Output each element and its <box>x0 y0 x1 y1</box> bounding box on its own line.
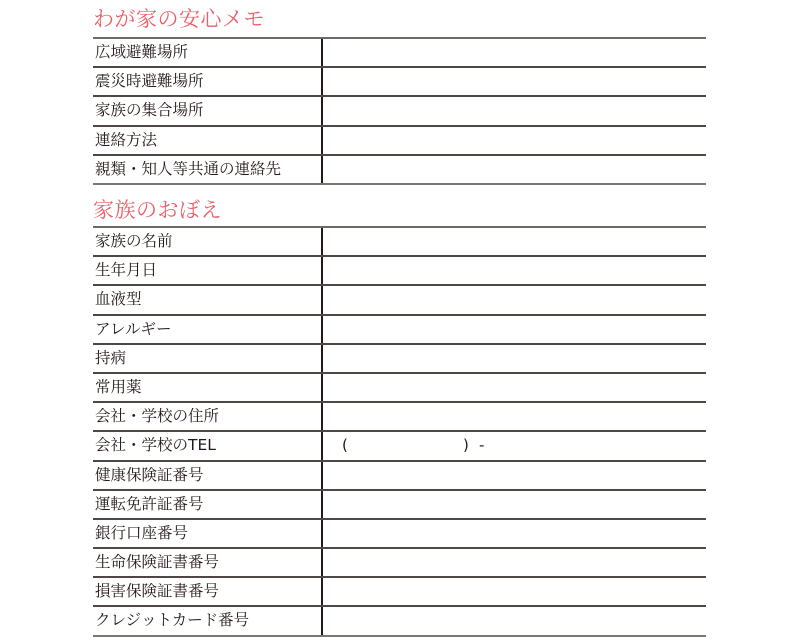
table-row: 健康保険証番号 <box>93 462 706 491</box>
row-label: 生命保険証書番号 <box>93 549 323 576</box>
table-row: 運転免許証番号 <box>93 491 706 520</box>
table-row: 親類・知人等共通の連絡先 <box>93 156 706 185</box>
table-row: アレルギー <box>93 316 706 345</box>
tel-dash: - <box>479 432 484 459</box>
row-label: 震災時避難場所 <box>93 68 323 95</box>
row-label: 広域避難場所 <box>93 39 323 66</box>
table-row: 持病 <box>93 345 706 374</box>
allergy-field[interactable] <box>323 316 706 343</box>
birthdate-field[interactable] <box>323 257 706 284</box>
table-row: 血液型 <box>93 286 706 315</box>
row-label: 健康保険証番号 <box>93 462 323 489</box>
row-label: 親類・知人等共通の連絡先 <box>93 156 323 183</box>
table-row: 常用薬 <box>93 374 706 403</box>
table-row: 損害保険証書番号 <box>93 578 706 607</box>
row-label: 生年月日 <box>93 257 323 284</box>
tel-open-paren: ( <box>342 432 348 459</box>
regular-medication-field[interactable] <box>323 374 706 401</box>
table-row: 震災時避難場所 <box>93 68 706 97</box>
earthquake-shelter-field[interactable] <box>323 68 706 95</box>
family-section-title: 家族のおぼえ <box>93 197 222 223</box>
memo-section-title: わが家の安心メモ <box>93 6 265 32</box>
shared-contact-field[interactable] <box>323 156 706 183</box>
table-row: 会社・学校のTEL ( ) - <box>93 432 706 461</box>
evacuation-area-field[interactable] <box>323 39 706 66</box>
damage-insurance-number-field[interactable] <box>323 578 706 605</box>
row-label: 損害保険証書番号 <box>93 578 323 605</box>
table-row: 生命保険証書番号 <box>93 549 706 578</box>
drivers-license-number-field[interactable] <box>323 491 706 518</box>
table-row: 会社・学校の住所 <box>93 403 706 432</box>
table-row: 生年月日 <box>93 257 706 286</box>
row-label: 血液型 <box>93 286 323 313</box>
table-row: 家族の名前 <box>93 228 706 257</box>
table-row: 連絡方法 <box>93 127 706 156</box>
row-label: 会社・学校の住所 <box>93 403 323 430</box>
row-label: 家族の名前 <box>93 228 323 255</box>
row-label: 常用薬 <box>93 374 323 401</box>
family-meeting-place-field[interactable] <box>323 97 706 124</box>
tel-close-paren: ) <box>463 432 469 459</box>
row-label: 運転免許証番号 <box>93 491 323 518</box>
life-insurance-number-field[interactable] <box>323 549 706 576</box>
family-table: 家族の名前 生年月日 血液型 アレルギー 持病 常用薬 会社・学校の住所 会社・… <box>93 226 706 637</box>
row-label: 家族の集合場所 <box>93 97 323 124</box>
family-name-field[interactable] <box>323 228 706 255</box>
bank-account-number-field[interactable] <box>323 520 706 547</box>
contact-method-field[interactable] <box>323 127 706 154</box>
work-school-tel-field[interactable]: ( ) - <box>323 432 706 459</box>
credit-card-number-field[interactable] <box>323 607 706 634</box>
work-school-address-field[interactable] <box>323 403 706 430</box>
table-row: 広域避難場所 <box>93 39 706 68</box>
row-label: 銀行口座番号 <box>93 520 323 547</box>
table-row: クレジットカード番号 <box>93 607 706 636</box>
row-label: アレルギー <box>93 316 323 343</box>
table-row: 銀行口座番号 <box>93 520 706 549</box>
row-label: 連絡方法 <box>93 127 323 154</box>
health-insurance-number-field[interactable] <box>323 462 706 489</box>
chronic-illness-field[interactable] <box>323 345 706 372</box>
blood-type-field[interactable] <box>323 286 706 313</box>
row-label: 会社・学校のTEL <box>93 432 323 459</box>
row-label: クレジットカード番号 <box>93 607 323 634</box>
memo-table: 広域避難場所 震災時避難場所 家族の集合場所 連絡方法 親類・知人等共通の連絡先 <box>93 37 706 185</box>
row-label: 持病 <box>93 345 323 372</box>
table-row: 家族の集合場所 <box>93 97 706 126</box>
